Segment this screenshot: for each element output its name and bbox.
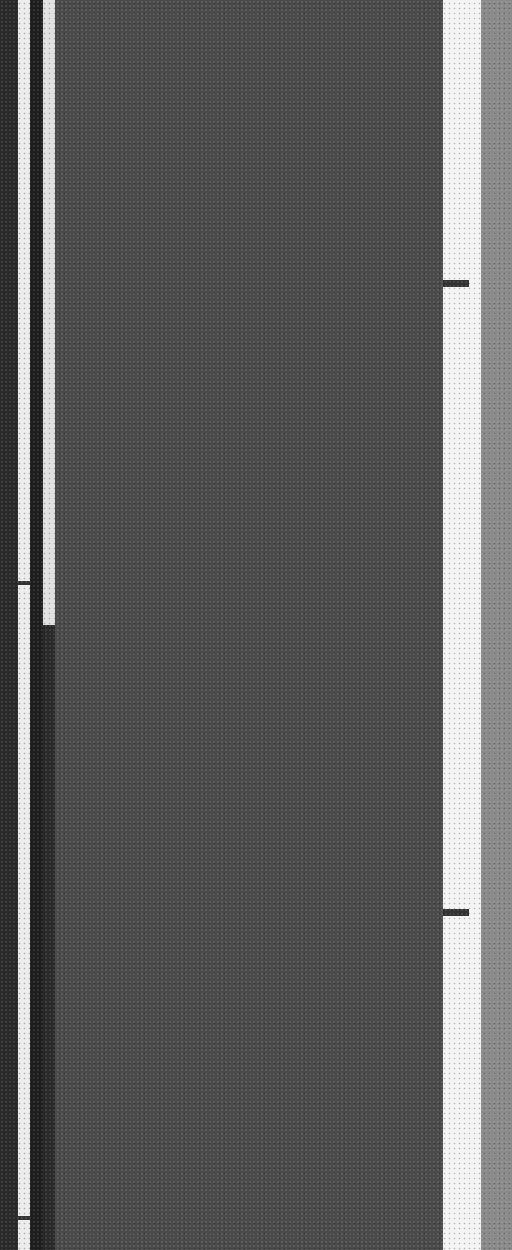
line-break-mark <box>18 581 30 585</box>
asphalt-lane <box>55 0 443 1250</box>
aerial-road-image <box>0 0 512 1250</box>
line-break-mark <box>443 280 469 287</box>
right-shoulder <box>481 0 512 1250</box>
right-edge-line <box>443 0 481 1250</box>
left-gap <box>30 0 44 1250</box>
left-gap-lower <box>43 625 55 1250</box>
line-break-mark <box>18 1216 30 1220</box>
left-edge-line-outer <box>18 0 30 1250</box>
left-edge-line-inner <box>43 0 55 625</box>
line-break-mark <box>443 909 469 916</box>
left-shoulder <box>0 0 18 1250</box>
